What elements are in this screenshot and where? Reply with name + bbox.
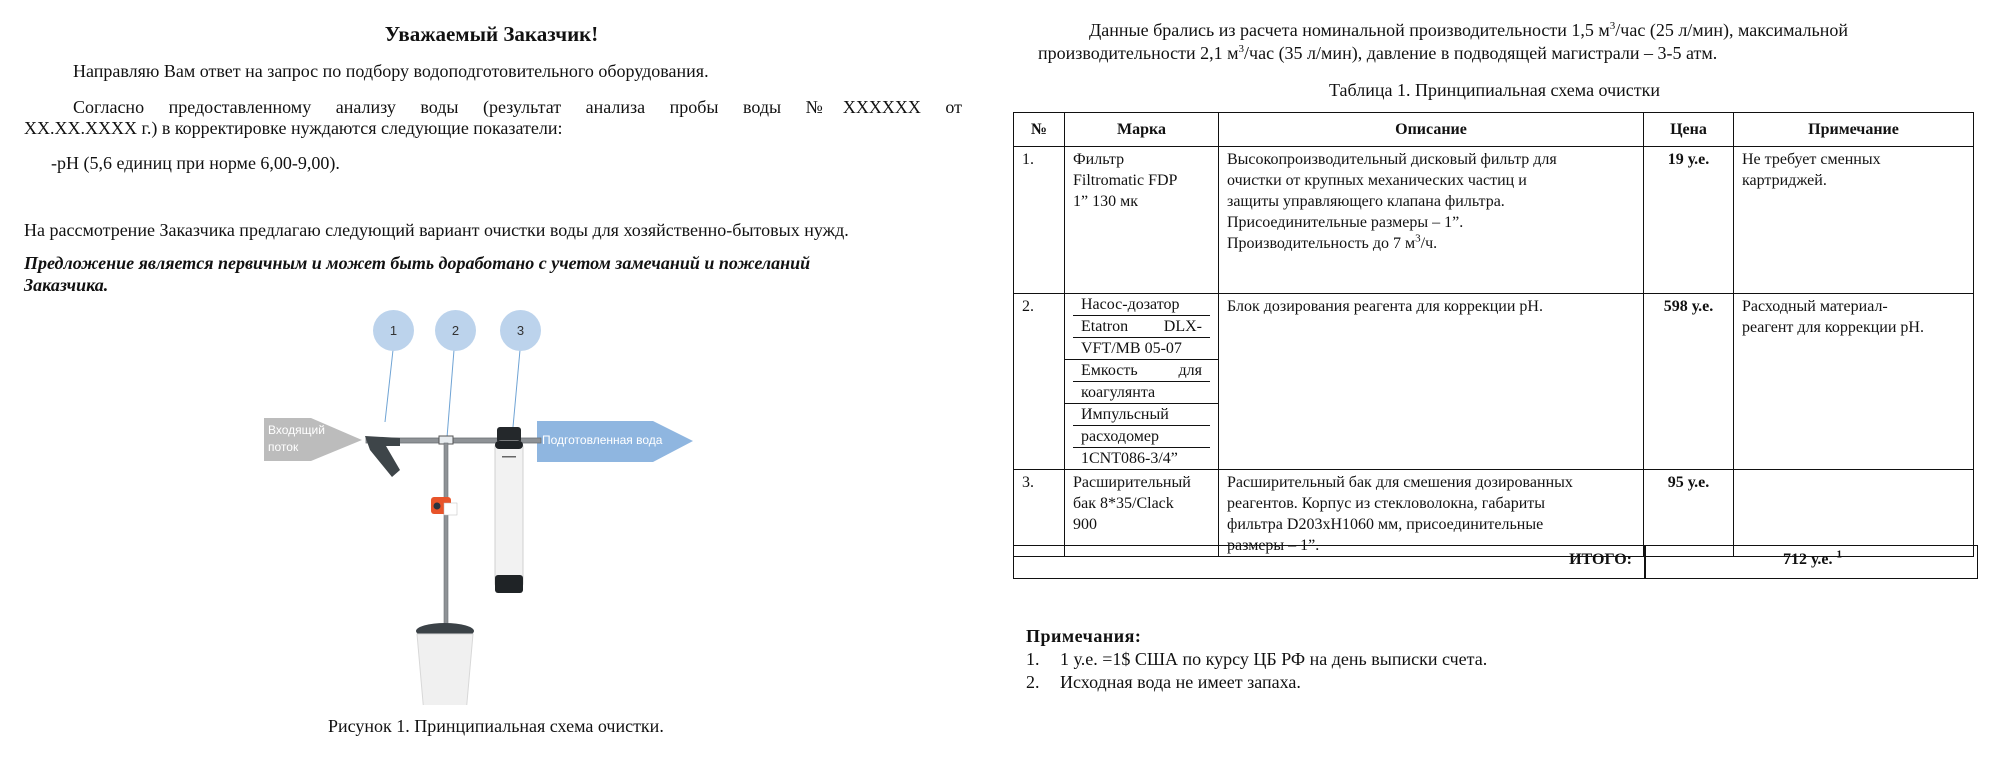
total-row: ИТОГО: 712 у.е. 1 [1013,545,1978,579]
table-row: 2. Насос-дозатор Etatron DLX- VFT/MB 05-… [1014,294,1974,470]
inflow-label: Входящий поток [268,422,325,456]
callout-1: 1 [373,310,414,351]
disclaimer-line2: Заказчика. [24,275,108,296]
brand-line: 1” 130 мк [1073,191,1210,212]
analysis-paragraph-line2: XX.XX.XXXX г.) в корректировке нуждаются… [24,118,563,139]
analysis-paragraph-line1: Согласно предоставленному анализу воды (… [24,97,962,118]
brand-line: Фильтр [1073,149,1210,170]
table-row: 1. Фильтр Filtromatic FDP 1” 130 мк Высо… [1014,147,1974,294]
row-description: Высокопроизводительный дисковый фильтр д… [1219,147,1644,294]
equipment-table: № Марка Описание Цена Примечание 1. Филь… [1013,112,1974,557]
desc-line: Расширительный бак для смешения дозирова… [1227,472,1635,493]
capacity-text: Данные брались из расчета номинальной пр… [1089,20,1610,40]
desc-text: /ч. [1421,235,1438,252]
note-line: картриджей. [1742,170,1965,191]
brand-line: Импульсный [1073,404,1210,426]
header-description: Описание [1219,113,1644,147]
brand-line: бак 8*35/Clack [1073,493,1210,514]
footnote-marker: 1 [1837,549,1843,561]
capacity-text: /час (35 л/мин), давление в подводящей м… [1244,43,1717,63]
proposal-paragraph: На рассмотрение Заказчика предлагаю след… [24,220,849,241]
brand-subitem-pump: Насос-дозатор Etatron DLX- VFT/MB 05-07 [1065,294,1218,360]
brand-line: 1CNT086-3/4” [1073,448,1210,469]
capacity-paragraph-line1: Данные брались из расчета номинальной пр… [1043,20,1978,41]
note-line: Не требует сменных [1742,149,1965,170]
figure-caption: Рисунок 1. Принципиальная схема очистки. [328,716,664,737]
table-caption: Таблица 1. Принципиальная схема очистки [1012,80,1977,101]
reagent-tank [417,634,473,705]
desc-line: Производительность до 7 м3/ч. [1227,233,1635,254]
row-brand: Расширительный бак 8*35/Clack 900 [1065,470,1219,557]
capacity-paragraph-line2: производительности 2,1 м3/час (35 л/мин)… [1038,43,1717,64]
total-value: 712 у.е. 1 [1646,551,1979,569]
note-text: Исходная вода не имеет запаха. [1060,672,1301,692]
row-price: 95 у.е. [1644,470,1734,557]
row-note [1734,470,1974,557]
brand-line: VFT/MB 05-07 [1073,338,1210,359]
intro-paragraph: Направляю Вам ответ на запрос по подбору… [73,61,709,82]
note-item: 2.Исходная вода не имеет запаха. [1026,672,1301,693]
desc-line: Блок дозирования реагента для коррекции … [1227,296,1635,317]
desc-text: Производительность до 7 м [1227,235,1415,252]
table-header-row: № Марка Описание Цена Примечание [1014,113,1974,147]
brand-line: коагулянта [1073,382,1210,403]
desc-line: Присоединительные размеры – 1”. [1227,212,1635,233]
desc-line: реагентов. Корпус из стекловолокна, габа… [1227,493,1635,514]
brand-line: Etatron DLX- [1073,316,1210,338]
row-note: Расходный материал- реагент для коррекци… [1734,294,1974,470]
inflow-label-line1: Входящий [268,422,325,439]
brand-line: Насос-дозатор [1073,294,1210,316]
desc-line: очистки от крупных механических частиц и [1227,170,1635,191]
header-brand: Марка [1065,113,1219,147]
row-note: Не требует сменных картриджей. [1734,147,1974,294]
treatment-diagram: 1 2 3 Входящий поток Подготовленная вода [240,300,720,705]
desc-line: защиты управляющего клапана фильтра. [1227,191,1635,212]
note-number: 2. [1026,672,1060,693]
brand-line: расходомер [1073,426,1210,448]
row-brand: Фильтр Filtromatic FDP 1” 130 мк [1065,147,1219,294]
note-line: Расходный материал- [1742,296,1965,317]
note-item: 1.1 у.е. =1$ США по курсу ЦБ РФ на день … [1026,649,1487,670]
row-description: Расширительный бак для смешения дозирова… [1219,470,1644,557]
desc-line: Высокопроизводительный дисковый фильтр д… [1227,149,1635,170]
brand-line: Емкость для [1073,360,1210,382]
brand-subitem-tank: Емкость для коагулянта [1065,360,1218,404]
row-price: 598 у.е. [1644,294,1734,470]
diagram-graphics [240,300,720,705]
row-description: Блок дозирования реагента для коррекции … [1219,294,1644,470]
capacity-text: производительности 2,1 м [1038,43,1239,63]
letter-title: Уважаемый Заказчик! [0,22,983,47]
outflow-label: Подготовленная вода [542,433,662,447]
notes-title: Примечания: [1026,626,1141,647]
total-label: ИТОГО: [1569,551,1632,569]
callout-3: 3 [500,310,541,351]
callout-2: 2 [435,310,476,351]
desc-line: фильтра D203xH1060 мм, присоединительные [1227,514,1635,535]
header-num: № [1014,113,1065,147]
note-line: реагент для коррекции pH. [1742,317,1965,338]
row-brand: Насос-дозатор Etatron DLX- VFT/MB 05-07 … [1065,294,1219,470]
brand-line: 900 [1073,514,1210,535]
brand-subitem-flowmeter: Импульсный расходомер 1CNT086-3/4” [1065,404,1218,469]
capacity-text: /час (25 л/мин), максимальной [1615,20,1848,40]
header-price: Цена [1644,113,1734,147]
brand-line: Filtromatic FDP [1073,170,1210,191]
brand-line: Расширительный [1073,472,1210,493]
filter-column [495,441,523,589]
row-price: 19 у.е. [1644,147,1734,294]
row-num: 2. [1014,294,1065,470]
header-note: Примечание [1734,113,1974,147]
note-text: 1 у.е. =1$ США по курсу ЦБ РФ на день вы… [1060,649,1487,669]
disclaimer-line1: Предложение является первичным и может б… [24,253,810,274]
row-num: 1. [1014,147,1065,294]
ph-indicator: -pH (5,6 единиц при норме 6,00-9,00). [51,153,340,174]
total-amount: 712 у.е. [1783,551,1833,568]
row-num: 3. [1014,470,1065,557]
inflow-label-line2: поток [268,439,325,456]
note-number: 1. [1026,649,1060,670]
table-row: 3. Расширительный бак 8*35/Clack 900 Рас… [1014,470,1974,557]
